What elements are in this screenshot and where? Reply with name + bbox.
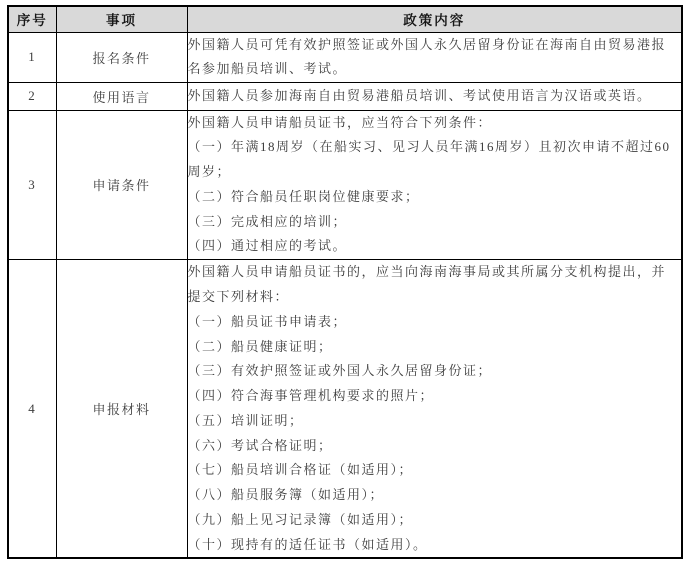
content-line: （二）符合船员任职岗位健康要求； — [188, 185, 682, 210]
table-row: 4 申报材料 外国籍人员申请船员证书的，应当向海南海事局或其所属分支机构提出，并… — [8, 260, 682, 559]
content-line: （四）通过相应的考试。 — [188, 234, 682, 259]
content-line: 外国籍人员参加海南自由贸易港船员培训、考试使用语言为汉语或英语。 — [188, 83, 682, 109]
table-row: 1 报名条件 外国籍人员可凭有效护照签证或外国人永久居留身份证在海南自由贸易港报… — [8, 32, 682, 82]
row-content-cell: 外国籍人员申请船员证书，应当符合下列条件： （一）年满18周岁（在船实习、见习人… — [187, 110, 682, 260]
table-row: 2 使用语言 外国籍人员参加海南自由贸易港船员培训、考试使用语言为汉语或英语。 — [8, 82, 682, 110]
row-content-cell: 外国籍人员参加海南自由贸易港船员培训、考试使用语言为汉语或英语。 — [187, 82, 682, 110]
content-line: 外国籍人员可凭有效护照签证或外国人永久居留身份证在海南自由贸易港报 — [188, 33, 682, 58]
content-line: 外国籍人员申请船员证书的，应当向海南海事局或其所属分支机构提出，并 — [188, 260, 682, 285]
header-cell-no: 序号 — [8, 6, 56, 32]
content-line: （七）船员培训合格证（如适用）； — [188, 458, 682, 483]
content-line: （一）船员证书申请表； — [188, 310, 682, 335]
content-line: （二）船员健康证明； — [188, 335, 682, 360]
content-line: （三）完成相应的培训； — [188, 210, 682, 235]
row-number: 2 — [8, 82, 56, 110]
content-line: （四）符合海事管理机构要求的照片； — [188, 384, 682, 409]
row-item-label: 报名条件 — [56, 32, 187, 82]
row-content-cell: 外国籍人员申请船员证书的，应当向海南海事局或其所属分支机构提出，并 提交下列材料… — [187, 260, 682, 559]
content-line: （三）有效护照签证或外国人永久居留身份证； — [188, 359, 682, 384]
row-item-label: 申报材料 — [56, 260, 187, 559]
row-content-cell: 外国籍人员可凭有效护照签证或外国人永久居留身份证在海南自由贸易港报 名参加船员培… — [187, 32, 682, 82]
content-line: （八）船员服务簿（如适用）； — [188, 483, 682, 508]
content-line: （十）现持有的适任证书（如适用）。 — [188, 533, 682, 558]
header-cell-content: 政策内容 — [187, 6, 682, 32]
content-line: （九）船上见习记录簿（如适用）； — [188, 508, 682, 533]
table-header-row: 序号 事项 政策内容 — [8, 6, 682, 32]
content-line: （五）培训证明； — [188, 409, 682, 434]
table-row: 3 申请条件 外国籍人员申请船员证书，应当符合下列条件： （一）年满18周岁（在… — [8, 110, 682, 260]
content-line: （六）考试合格证明； — [188, 434, 682, 459]
content-line: 外国籍人员申请船员证书，应当符合下列条件： — [188, 111, 682, 136]
row-number: 1 — [8, 32, 56, 82]
row-item-label: 使用语言 — [56, 82, 187, 110]
document-page: 序号 事项 政策内容 1 报名条件 外国籍人员可凭有效护照签证或外国人永久居留身… — [0, 0, 688, 563]
content-line: （一）年满18周岁（在船实习、见习人员年满16周岁）且初次申请不超过60 — [188, 135, 682, 160]
header-cell-item: 事项 — [56, 6, 187, 32]
content-line: 提交下列材料： — [188, 285, 682, 310]
content-line: 名参加船员培训、考试。 — [188, 57, 682, 82]
content-line: 周岁； — [188, 160, 682, 185]
policy-table: 序号 事项 政策内容 1 报名条件 外国籍人员可凭有效护照签证或外国人永久居留身… — [7, 5, 683, 559]
row-number: 3 — [8, 110, 56, 260]
row-item-label: 申请条件 — [56, 110, 187, 260]
row-number: 4 — [8, 260, 56, 559]
